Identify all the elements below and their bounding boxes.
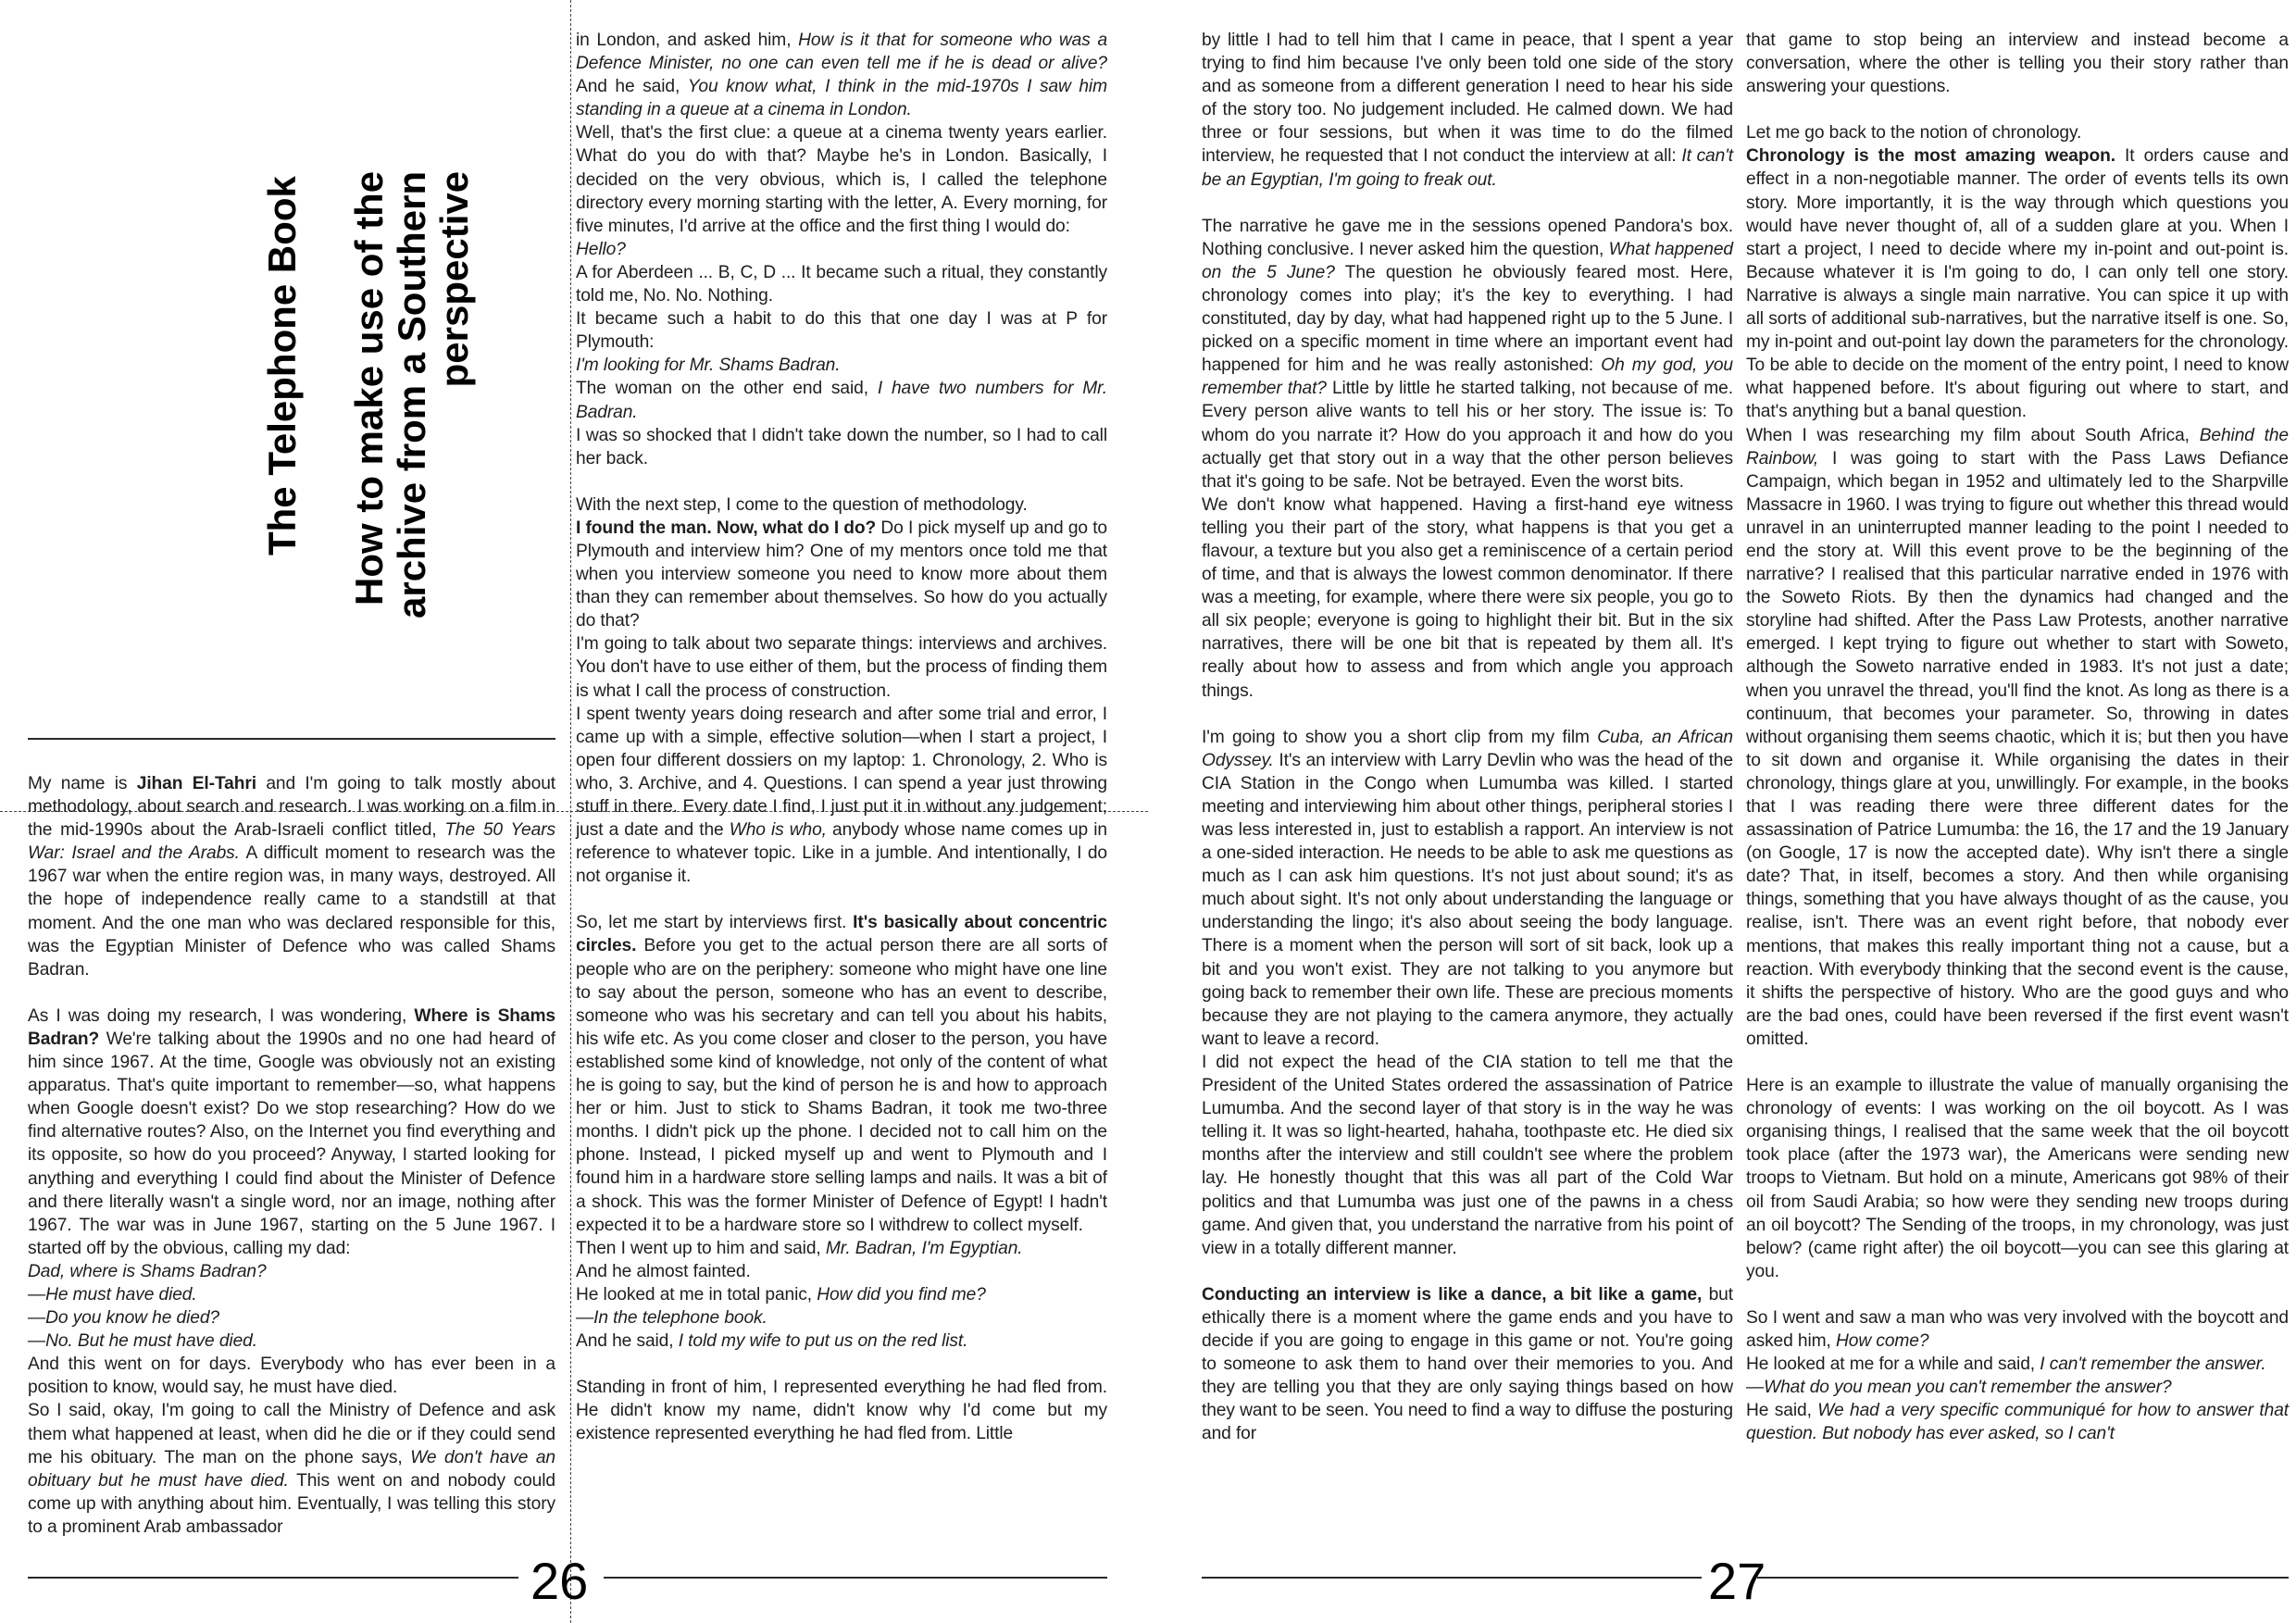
paragraph: by little I had to tell him that I came … <box>1202 29 1733 192</box>
paragraph: He looked at me for a while and said, I … <box>1746 1353 2289 1376</box>
paragraph: And this went on for days. Everybody who… <box>28 1353 555 1399</box>
paragraph: in London, and asked him, How is it that… <box>576 29 1107 121</box>
paragraph: Standing in front of him, I represented … <box>576 1376 1107 1445</box>
paragraph: So I went and saw a man who was very inv… <box>1746 1306 2289 1353</box>
paragraph: I was so shocked that I didn't take down… <box>576 424 1107 470</box>
paragraph: The narrative he gave me in the sessions… <box>1202 215 1733 493</box>
subtitle-line: archive from a Southern <box>391 171 433 618</box>
paragraph: So I said, okay, I'm going to call the M… <box>28 1399 555 1539</box>
paragraph: Well, that's the first clue: a queue at … <box>576 121 1107 237</box>
paragraph: I'm going to show you a short clip from … <box>1202 726 1733 1051</box>
subtitle-line: perspective <box>433 171 476 618</box>
paragraph: I'm going to talk about two separate thi… <box>576 632 1107 702</box>
footer-rule-left-b <box>604 1577 1107 1579</box>
paragraph: My name is Jihan El-Tahri and I'm going … <box>28 772 555 981</box>
dialogue-line: Hello? <box>576 238 1107 261</box>
text-column-2: in London, and asked him, How is it that… <box>576 29 1107 1445</box>
text-column-3: by little I had to tell him that I came … <box>1202 29 1733 1445</box>
paragraph: The woman on the other end said, I have … <box>576 377 1107 423</box>
paragraph: He looked at me in total panic, How did … <box>576 1283 1107 1306</box>
paragraph: And he almost fainted. <box>576 1260 1107 1283</box>
paragraph: that game to stop being an interview and… <box>1746 29 2289 98</box>
paragraph: A for Aberdeen ... B, C, D ... It became… <box>576 261 1107 307</box>
paragraph: I did not expect the head of the CIA sta… <box>1202 1051 1733 1260</box>
page-number-right: 27 <box>1708 1555 1766 1607</box>
paragraph: I spent twenty years doing research and … <box>576 703 1107 889</box>
paragraph: When I was researching my film about Sou… <box>1746 424 2289 1052</box>
paragraph: I found the man. Now, what do I do? Do I… <box>576 517 1107 632</box>
footer-rule-right-a <box>1202 1577 1702 1579</box>
footer-rule-left-a <box>28 1577 518 1579</box>
paragraph: We don't know what happened. Having a fi… <box>1202 493 1733 703</box>
article-subtitle: How to make use of the archive from a So… <box>348 171 476 618</box>
footer-rule-right-b <box>1757 1577 2289 1579</box>
paragraph: Here is an example to illustrate the val… <box>1746 1074 2289 1283</box>
title-divider-rule <box>28 738 555 740</box>
article-title: The Telephone Book <box>263 176 302 556</box>
dialogue-line: Dad, where is Shams Badran? <box>28 1260 555 1283</box>
dialogue-line: —No. But he must have died. <box>28 1330 555 1353</box>
paragraph: Chronology is the most amazing weapon. I… <box>1746 144 2289 423</box>
dialogue-line: —In the telephone book. <box>576 1306 1107 1330</box>
page-number-left: 26 <box>530 1555 588 1607</box>
paragraph: It became such a habit to do this that o… <box>576 307 1107 354</box>
paragraph: Conducting an interview is like a dance,… <box>1202 1283 1733 1446</box>
dialogue-line: —Do you know he died? <box>28 1306 555 1330</box>
paragraph: Let me go back to the notion of chronolo… <box>1746 121 2289 144</box>
text-column-1: My name is Jihan El-Tahri and I'm going … <box>28 772 555 1539</box>
dialogue-line: —What do you mean you can't remember the… <box>1746 1376 2289 1399</box>
dialogue-line: I'm looking for Mr. Shams Badran. <box>576 354 1107 377</box>
paragraph: Then I went up to him and said, Mr. Badr… <box>576 1237 1107 1260</box>
paragraph: He said, We had a very specific communiq… <box>1746 1399 2289 1445</box>
paragraph: And he said, I told my wife to put us on… <box>576 1330 1107 1353</box>
subtitle-line: How to make use of the <box>348 171 391 618</box>
paragraph: With the next step, I come to the questi… <box>576 493 1107 517</box>
paragraph: As I was doing my research, I was wonder… <box>28 1005 555 1260</box>
text-column-4: that game to stop being an interview and… <box>1746 29 2289 1445</box>
paragraph: So, let me start by interviews first. It… <box>576 911 1107 1236</box>
dialogue-line: —He must have died. <box>28 1283 555 1306</box>
